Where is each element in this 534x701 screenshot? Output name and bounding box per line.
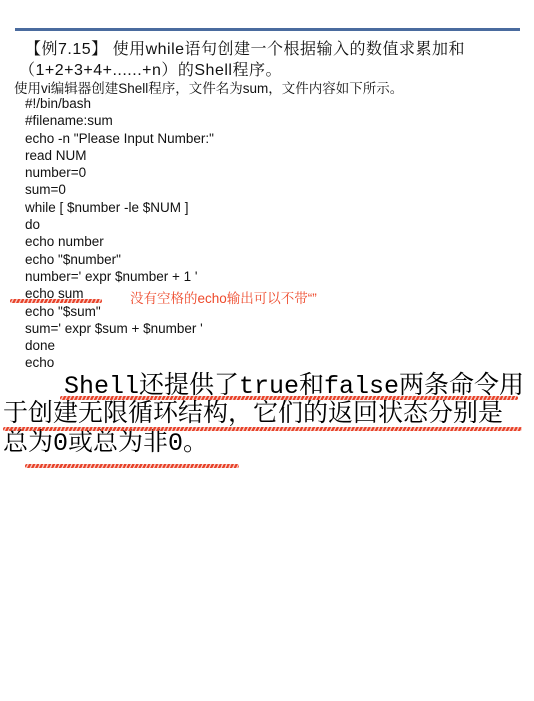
red-underline-standalone xyxy=(25,464,239,468)
example-title-line1: 【例7.15】 使用while语句创建一个根据输入的数值求累加和 xyxy=(25,36,465,59)
code-line: sum=0 xyxy=(25,181,214,198)
heading-divider-line xyxy=(15,28,520,31)
code-line: #filename:sum xyxy=(25,112,214,129)
code-line: sum=' expr $sum + $number ' xyxy=(25,320,214,337)
code-line: read NUM xyxy=(25,147,214,164)
code-line: echo -n "Please Input Number:" xyxy=(25,130,214,147)
code-line: while [ $number -le $NUM ] xyxy=(25,199,214,216)
red-underline-paragraph-line2 xyxy=(3,427,522,431)
code-line: echo number xyxy=(25,233,214,250)
code-line: number=' expr $number + 1 ' xyxy=(25,268,214,285)
paragraph-line2: 于创建无限循环结构，它们的返回状态分别是 xyxy=(3,402,503,428)
code-line: do xyxy=(25,216,214,233)
red-underline-paragraph-line1 xyxy=(60,396,518,400)
code-line: echo "$number" xyxy=(25,251,214,268)
code-line: echo xyxy=(25,354,214,371)
code-line: number=0 xyxy=(25,164,214,181)
code-line: done xyxy=(25,337,214,354)
intro-text: 使用vi编辑器创建Shell程序，文件名为sum，文件内容如下所示。 xyxy=(14,77,403,97)
shell-code-block: #!/bin/bash #filename:sum echo -n "Pleas… xyxy=(25,95,214,372)
red-annotation-text: 没有空格的echo输出可以不带“” xyxy=(130,287,317,307)
code-line: #!/bin/bash xyxy=(25,95,214,112)
document-page: 【例7.15】 使用while语句创建一个根据输入的数值求累加和 （1+2+3+… xyxy=(0,0,534,701)
paragraph-line3: 总为0或总为非0。 xyxy=(3,431,208,457)
red-underline-echo-sum xyxy=(10,299,102,303)
